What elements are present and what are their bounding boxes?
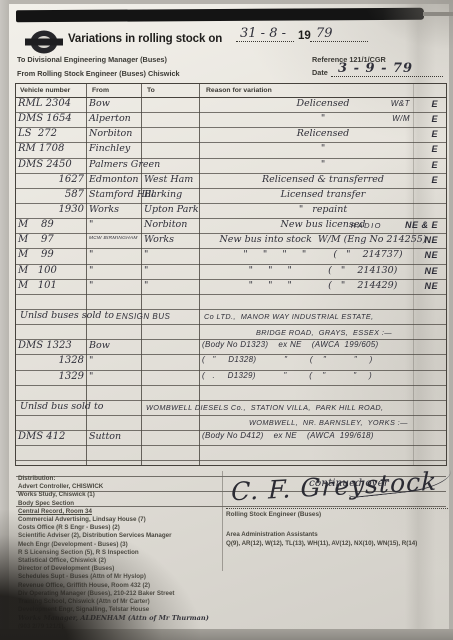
vehicle-number: M 100 xyxy=(18,265,84,276)
table-row: WOMBWELL, NR. BARNSLEY, YORKS :— xyxy=(16,416,446,431)
paper: Variations in rolling stock on 31 - 8 - … xyxy=(9,4,449,631)
to-garage: Upton Park xyxy=(144,204,199,215)
reason-cell: New bus into stock W/M (Eng No 214255)NE xyxy=(200,234,446,248)
table-row xyxy=(16,446,446,461)
footer-divider xyxy=(222,471,223,571)
scan-edge-strip-tail xyxy=(423,12,453,16)
vehicle-number: M 99 xyxy=(18,249,84,260)
from-garage: " xyxy=(89,371,139,382)
reason-mid-code: W&T xyxy=(391,99,410,108)
reason-cell: (Body No D412) ex NE (AWCA 199/618) xyxy=(200,431,446,445)
distribution-items: Advert Controller, CHISWICKWorks Study, … xyxy=(18,483,230,631)
reason-code: NE xyxy=(424,266,438,276)
distribution-item: Revenue Office, Griffith House, Room 432… xyxy=(18,582,230,590)
reason-cell: Relicensed & transferredE xyxy=(200,174,446,188)
distribution-item: Schedules Supt - Buses (Attn of Mr Hyslo… xyxy=(18,573,230,581)
reason-code: NE & E xyxy=(405,220,438,230)
table-row: RML 2304BowDelicensedW&TE xyxy=(16,98,446,113)
distribution-item: Director of Development (Buses) xyxy=(18,565,230,573)
sale-note-address: WOMBWELL, NR. BARNSLEY, YORKS :— xyxy=(249,418,408,427)
reason-text: " " " " ( " 214737) xyxy=(200,249,446,260)
to-garage: Barking xyxy=(144,189,182,200)
title-dotted-leader xyxy=(236,41,294,42)
vehicle-number: 1328 xyxy=(18,355,84,366)
to-garage: " xyxy=(144,249,148,260)
reason-cell: RelicensedE xyxy=(200,128,446,142)
reason-text: New bus into stock W/M (Eng No 214255) xyxy=(200,234,446,245)
sale-note-address: BRIDGE ROAD, GRAYS, ESSEX :— xyxy=(256,328,392,337)
to-garage: " xyxy=(144,265,148,276)
distribution-item: Body Spec Section xyxy=(18,500,230,508)
table-row: 1930WorksUpton Park" repaint xyxy=(16,204,446,219)
reason-cell: "E xyxy=(200,159,446,173)
reason-code: E xyxy=(431,99,438,109)
from-line: From Rolling Stock Engineer (Buses) Chis… xyxy=(17,69,180,78)
vehicle-number: M 89 xyxy=(18,219,84,230)
form-title: Variations in rolling stock on 31 - 8 - … xyxy=(68,29,398,51)
scanned-document: Variations in rolling stock on 31 - 8 - … xyxy=(0,0,453,640)
from-garage: Bow xyxy=(89,98,139,109)
vehicle-number: LS 272 xyxy=(18,128,84,139)
distribution-item: Development Engr, Signalling, Telstar Ho… xyxy=(18,606,230,614)
distribution-item: Commercial Advertising, Lindsay House (7… xyxy=(18,516,230,524)
reason-text: Licensed transfer xyxy=(200,189,446,200)
reason-cell: " " " " ( " 214737)NE xyxy=(200,249,446,263)
reason-code: E xyxy=(431,129,438,139)
reason-code: NE xyxy=(424,235,438,245)
from-garage: " xyxy=(89,249,139,260)
table-row: DMS 1323Bow(Body No D1323) ex NE (AWCA 1… xyxy=(16,340,446,355)
london-transport-roundel-icon xyxy=(24,28,64,56)
vehicle-number: M 97 xyxy=(18,234,84,245)
column-header: Reason for variation xyxy=(206,87,272,94)
distribution-item: Costs Office (R S Engr - Buses) (2) xyxy=(18,524,230,532)
to-garage: Norbiton xyxy=(144,219,187,230)
vehicle-number: DMS 412 xyxy=(18,431,84,442)
reason-text: " xyxy=(200,159,446,170)
reason-text: " repaint xyxy=(200,204,446,215)
reason-cell: (Body No D1323) ex NE (AWCA 199/605) xyxy=(200,340,446,354)
reason-cell: ( . D1329) " ( " " ) xyxy=(200,371,446,385)
from-garage: Norbiton xyxy=(89,128,139,139)
reason-code: NE xyxy=(424,281,438,291)
reason-mid-code: W/M xyxy=(392,114,410,123)
reason-text: " xyxy=(200,143,446,154)
printed-century: 19 xyxy=(298,30,311,42)
from-garage: Palmers Green xyxy=(89,159,139,170)
reason-cell: Licensed transfer xyxy=(200,189,446,203)
distribution-item: Statistical Office, Chiswick (2) xyxy=(18,557,230,565)
table-row: M 99""" " " " ( " 214737)NE xyxy=(16,249,446,264)
date-dotted-leader xyxy=(331,76,443,77)
from-garage: Sutton xyxy=(89,431,139,442)
table-row: 1627EdmontonWest HamRelicensed & transfe… xyxy=(16,174,446,189)
form-title-text: Variations in rolling stock on xyxy=(68,33,222,45)
reason-code: NE xyxy=(424,250,438,260)
to-garage: " xyxy=(144,280,148,291)
table-row: M 100""" " " ( " 214130)NE xyxy=(16,265,446,280)
table-row: BRIDGE ROAD, GRAYS, ESSEX :— xyxy=(16,325,446,340)
from-garage: Finchley xyxy=(89,143,139,154)
table-row: Unlsd bus sold toWOMBWELL DIESELS Co., S… xyxy=(16,401,446,416)
table-row: RM 1708Finchley"E xyxy=(16,143,446,158)
distribution-item: Works Study, Chiswick (1) xyxy=(18,491,230,499)
column-header: From xyxy=(92,87,109,94)
from-garage: MCW BIRMINGHAM xyxy=(89,236,139,241)
from-garage: " xyxy=(89,355,139,366)
date-label: Date xyxy=(312,68,328,77)
table-row: M 97MCW BIRMINGHAMWorksNew bus into stoc… xyxy=(16,234,446,249)
vehicle-number: RM 1708 xyxy=(18,143,84,154)
reason-code: E xyxy=(431,160,438,170)
reason-cell: DelicensedW&TE xyxy=(200,98,446,112)
title-dotted-leader-2 xyxy=(310,41,368,42)
table-row: 587Stamford HillBarkingLicensed transfer xyxy=(16,189,446,204)
reason-cell: "W/ME xyxy=(200,113,446,127)
reason-text: Relicensed xyxy=(200,128,446,139)
from-garage: Edmonton xyxy=(89,174,139,185)
sale-note-hand: Unlsd buses sold to xyxy=(20,310,114,321)
distribution-item: R S Licensing Section (5), R S Inspectio… xyxy=(18,549,230,557)
table-row: 1329"( . D1329) " ( " " ) xyxy=(16,371,446,386)
scan-bottom-band xyxy=(0,629,453,640)
table-row: DMS 2450Palmers Green"E xyxy=(16,159,446,174)
signature-dotted-line xyxy=(226,508,448,509)
vehicle-number: 1930 xyxy=(18,204,84,215)
table-row: M 89"NorbitonNew bus licensedRADIONE & E xyxy=(16,219,446,234)
from-garage: Works xyxy=(89,204,139,215)
vehicle-number: DMS 2450 xyxy=(18,159,84,170)
distribution-item: Advert Controller, CHISWICK xyxy=(18,483,230,491)
distribution-list: Distribution: Advert Controller, CHISWIC… xyxy=(18,475,230,631)
date-row: Date 3 - 9 - 79 xyxy=(312,66,452,82)
to-garage: West Ham xyxy=(144,174,193,185)
table-header-row: Vehicle numberFromToReason for variation xyxy=(16,84,446,98)
variation-table: Vehicle numberFromToReason for variation… xyxy=(15,83,447,466)
from-garage: Stamford Hill xyxy=(89,189,139,200)
reason-text: " " " ( " 214429) xyxy=(200,280,446,291)
sale-note-buyer: ENSIGN BUS xyxy=(116,312,170,321)
from-garage: " xyxy=(89,219,139,230)
table-row: Unlsd buses sold toENSIGN BUSCo LTD., MA… xyxy=(16,310,446,325)
sale-note-hand: Unlsd bus sold to xyxy=(20,401,104,412)
vehicle-number: 1627 xyxy=(18,174,84,185)
distribution-item: Central Record, Room 34 xyxy=(18,508,230,516)
reason-text: (Body No D412) ex NE (AWCA 199/618) xyxy=(200,431,446,440)
reason-annotation: RADIO xyxy=(351,221,382,230)
handwritten-year: 79 xyxy=(316,26,333,41)
reason-text: Relicensed & transferred xyxy=(200,174,446,185)
to-garage: Works xyxy=(144,234,174,245)
table-row xyxy=(16,386,446,401)
table-row: DMS 1654Alperton"W/ME xyxy=(16,113,446,128)
table-row: 1328"( " D1328) " ( " " ) xyxy=(16,355,446,370)
distribution-item: Div Operating Manager (Buses), 210-212 B… xyxy=(18,590,230,598)
reason-text: " " " ( " 214130) xyxy=(200,265,446,276)
handwritten-date: 3 - 9 - 79 xyxy=(338,61,413,76)
from-garage: " xyxy=(89,280,139,291)
column-header: To xyxy=(147,87,155,94)
vehicle-number: M 101 xyxy=(18,280,84,291)
area-admin-codes: Q(9), AR(12), W(12), TL(13), WH(11), AV(… xyxy=(226,540,417,547)
reason-cell: ( " D1328) " ( " " ) xyxy=(200,355,446,369)
table-row: M 101""" " " ( " 214429)NE xyxy=(16,280,446,295)
reason-cell: New bus licensedRADIONE & E xyxy=(200,219,446,233)
distribution-item: Works Manager, ALDENHAM (Attn of Mr Thur… xyxy=(18,614,230,622)
signatory-role: Rolling Stock Engineer (Buses) xyxy=(226,511,321,518)
area-admin-title: Area Administration Assistants xyxy=(226,531,318,538)
reason-text: ( " D1328) " ( " " ) xyxy=(200,355,446,364)
distribution-item: Scientific Adviser (2), Distribution Ser… xyxy=(18,532,230,540)
vehicle-number: 1329 xyxy=(18,371,84,382)
distribution-item: Mech Engr (Development - Buses) (3) xyxy=(18,541,230,549)
distribution-item: Training School, Chiswick (Attn of Mr Ca… xyxy=(18,598,230,606)
sale-note-address: WOMBWELL DIESELS Co., STATION VILLA, PAR… xyxy=(146,403,383,412)
table-row: DMS 412Sutton(Body No D412) ex NE (AWCA … xyxy=(16,431,446,446)
reason-cell: " repaint xyxy=(200,204,446,218)
reason-code: E xyxy=(431,144,438,154)
reason-cell: "E xyxy=(200,143,446,157)
sale-note-address: Co LTD., MANOR WAY INDUSTRIAL ESTATE, xyxy=(204,312,374,321)
table-row xyxy=(16,295,446,310)
reason-text: ( . D1329) " ( " " ) xyxy=(200,371,446,380)
vehicle-number: DMS 1654 xyxy=(18,113,84,124)
from-garage: Alperton xyxy=(89,113,139,124)
from-garage: " xyxy=(89,265,139,276)
reason-cell: " " " ( " 214429)NE xyxy=(200,280,446,294)
to-line: To Divisional Engineering Manager (Buses… xyxy=(17,55,167,64)
distribution-title: Distribution: xyxy=(18,475,230,483)
handwritten-day-month: 31 - 8 - xyxy=(240,26,286,41)
scan-edge-strip xyxy=(16,8,424,22)
vehicle-number: 587 xyxy=(18,189,84,200)
vehicle-number: RML 2304 xyxy=(18,98,84,109)
reason-code: E xyxy=(431,175,438,185)
column-header: Vehicle number xyxy=(20,87,70,94)
table-row: LS 272NorbitonRelicensedE xyxy=(16,128,446,143)
vehicle-number: DMS 1323 xyxy=(18,340,84,351)
reason-text: (Body No D1323) ex NE (AWCA 199/605) xyxy=(200,340,446,349)
from-garage: Bow xyxy=(89,340,139,351)
reason-code: E xyxy=(431,114,438,124)
reason-cell: " " " ( " 214130)NE xyxy=(200,265,446,279)
